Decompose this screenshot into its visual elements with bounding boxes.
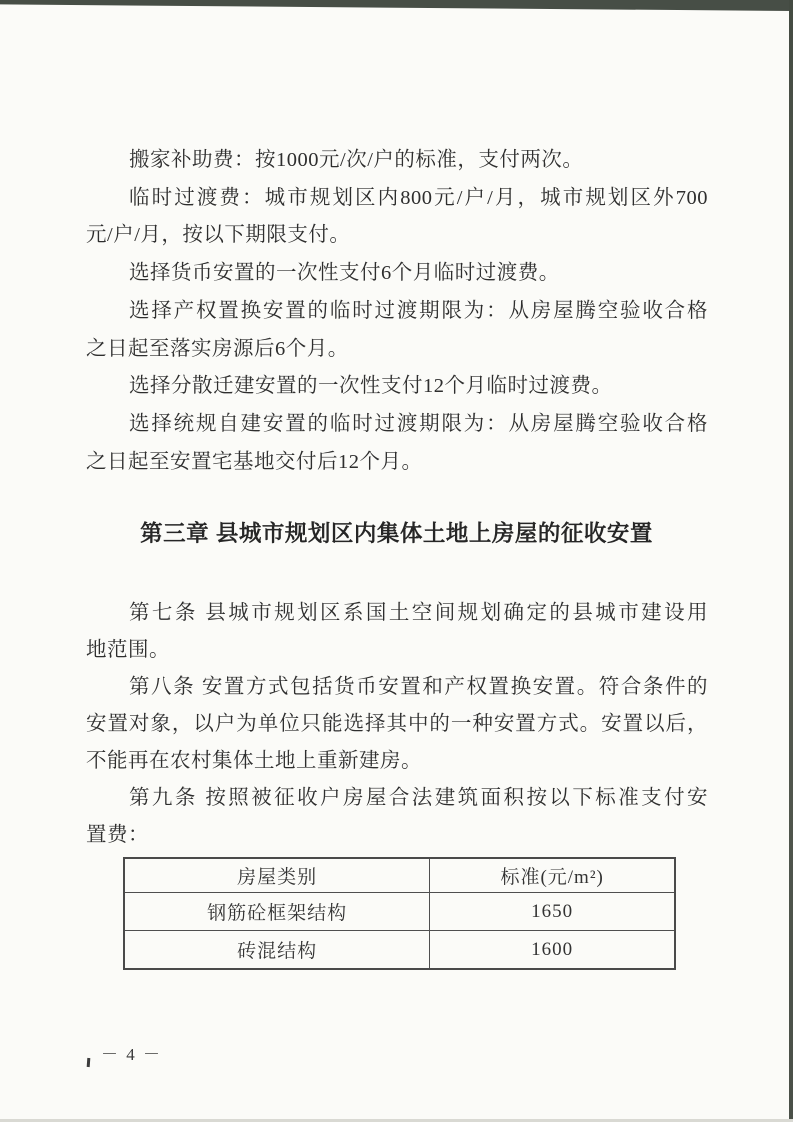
article-paragraphs: 第七条 县城市规划区系国土空间规划确定的县城市建设用 地范围。 第八条 安置方式…: [86, 595, 708, 854]
scan-speck-artifact: [87, 1058, 91, 1067]
table-cell-category: 砖混结构: [124, 931, 430, 970]
scan-edge-right: [789, 0, 793, 1122]
body-line: 选择货币安置的一次性支付6个月临时过渡费。: [86, 255, 708, 293]
article-line: 地范围。: [86, 632, 708, 669]
article-line: 第八条 安置方式包括货币安置和产权置换安置。符合条件的: [86, 669, 708, 706]
body-line: 选择分散迁建安置的一次性支付12个月临时过渡费。: [86, 368, 708, 406]
chapter-heading: 第三章 县城市规划区内集体土地上房屋的征收安置: [0, 517, 793, 551]
table-header-standard: 标准(元/m²): [430, 858, 675, 893]
article-line: 第七条 县城市规划区系国土空间规划确定的县城市建设用: [86, 595, 708, 632]
scan-edge-top: [0, 0, 793, 11]
body-line: 之日起至安置宅基地交付后12个月。: [86, 444, 708, 482]
table-cell-value: 1600: [430, 931, 675, 970]
article-line: 第九条 按照被征收户房屋合法建筑面积按以下标准支付安: [86, 780, 708, 817]
scanned-document-page: 搬家补助费：按1000元/次/户的标准，支付两次。 临时过渡费：城市规划区内80…: [0, 0, 793, 1122]
table-row: 砖混结构 1600: [124, 931, 675, 970]
article-line: 置费：: [86, 817, 708, 854]
table-row: 钢筋砼框架结构 1650: [124, 893, 675, 931]
table-header-row: 房屋类别 标准(元/m²): [124, 858, 675, 893]
table-cell-category: 钢筋砼框架结构: [124, 893, 430, 931]
body-line: 选择产权置换安置的临时过渡期限为：从房屋腾空验收合格: [86, 293, 708, 331]
body-line: 搬家补助费：按1000元/次/户的标准，支付两次。: [86, 142, 708, 180]
body-line: 之日起至落实房源后6个月。: [86, 331, 708, 369]
body-paragraphs: 搬家补助费：按1000元/次/户的标准，支付两次。 临时过渡费：城市规划区内80…: [86, 142, 708, 481]
body-line: 选择统规自建安置的临时过渡期限为：从房屋腾空验收合格: [86, 406, 708, 444]
table-header-category: 房屋类别: [124, 858, 430, 893]
compensation-standard-table: 房屋类别 标准(元/m²) 钢筋砼框架结构 1650 砖混结构 1600: [123, 857, 676, 970]
body-line: 元/户/月，按以下期限支付。: [86, 217, 708, 255]
table-cell-value: 1650: [430, 893, 675, 931]
footer-page-number: － 4 －: [101, 1040, 162, 1065]
article-line: 不能再在农村集体土地上重新建房。: [86, 743, 708, 780]
body-line: 临时过渡费：城市规划区内800元/户/月，城市规划区外700: [86, 180, 708, 218]
article-line: 安置对象，以户为单位只能选择其中的一种安置方式。安置以后，: [86, 706, 708, 743]
